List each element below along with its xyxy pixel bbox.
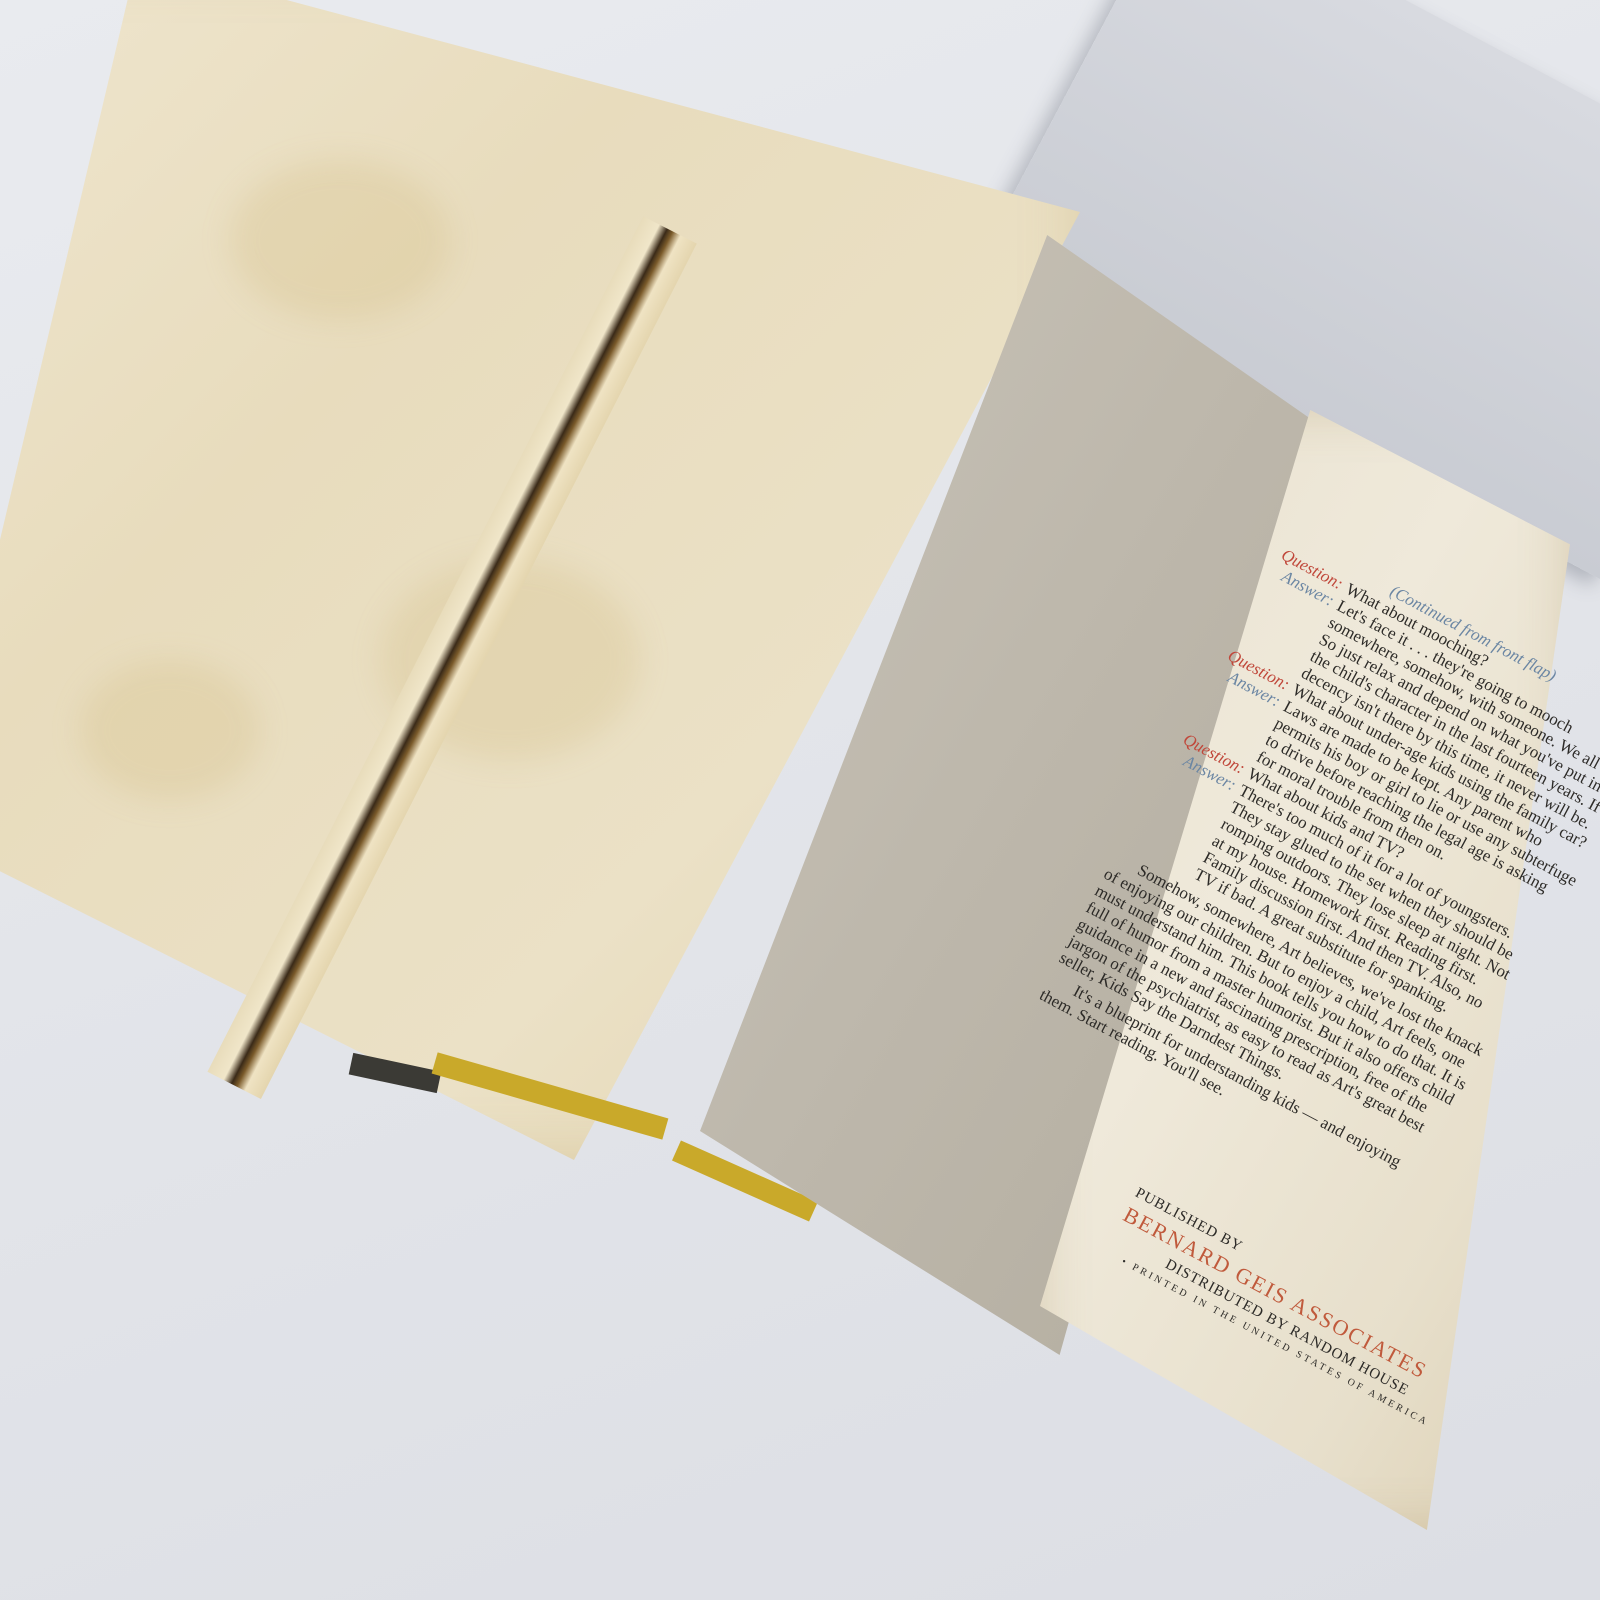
book-photo: (Continued from front flap) Question:Wha…: [0, 0, 1600, 1600]
age-stain: [230, 160, 450, 320]
age-stain: [80, 660, 260, 800]
